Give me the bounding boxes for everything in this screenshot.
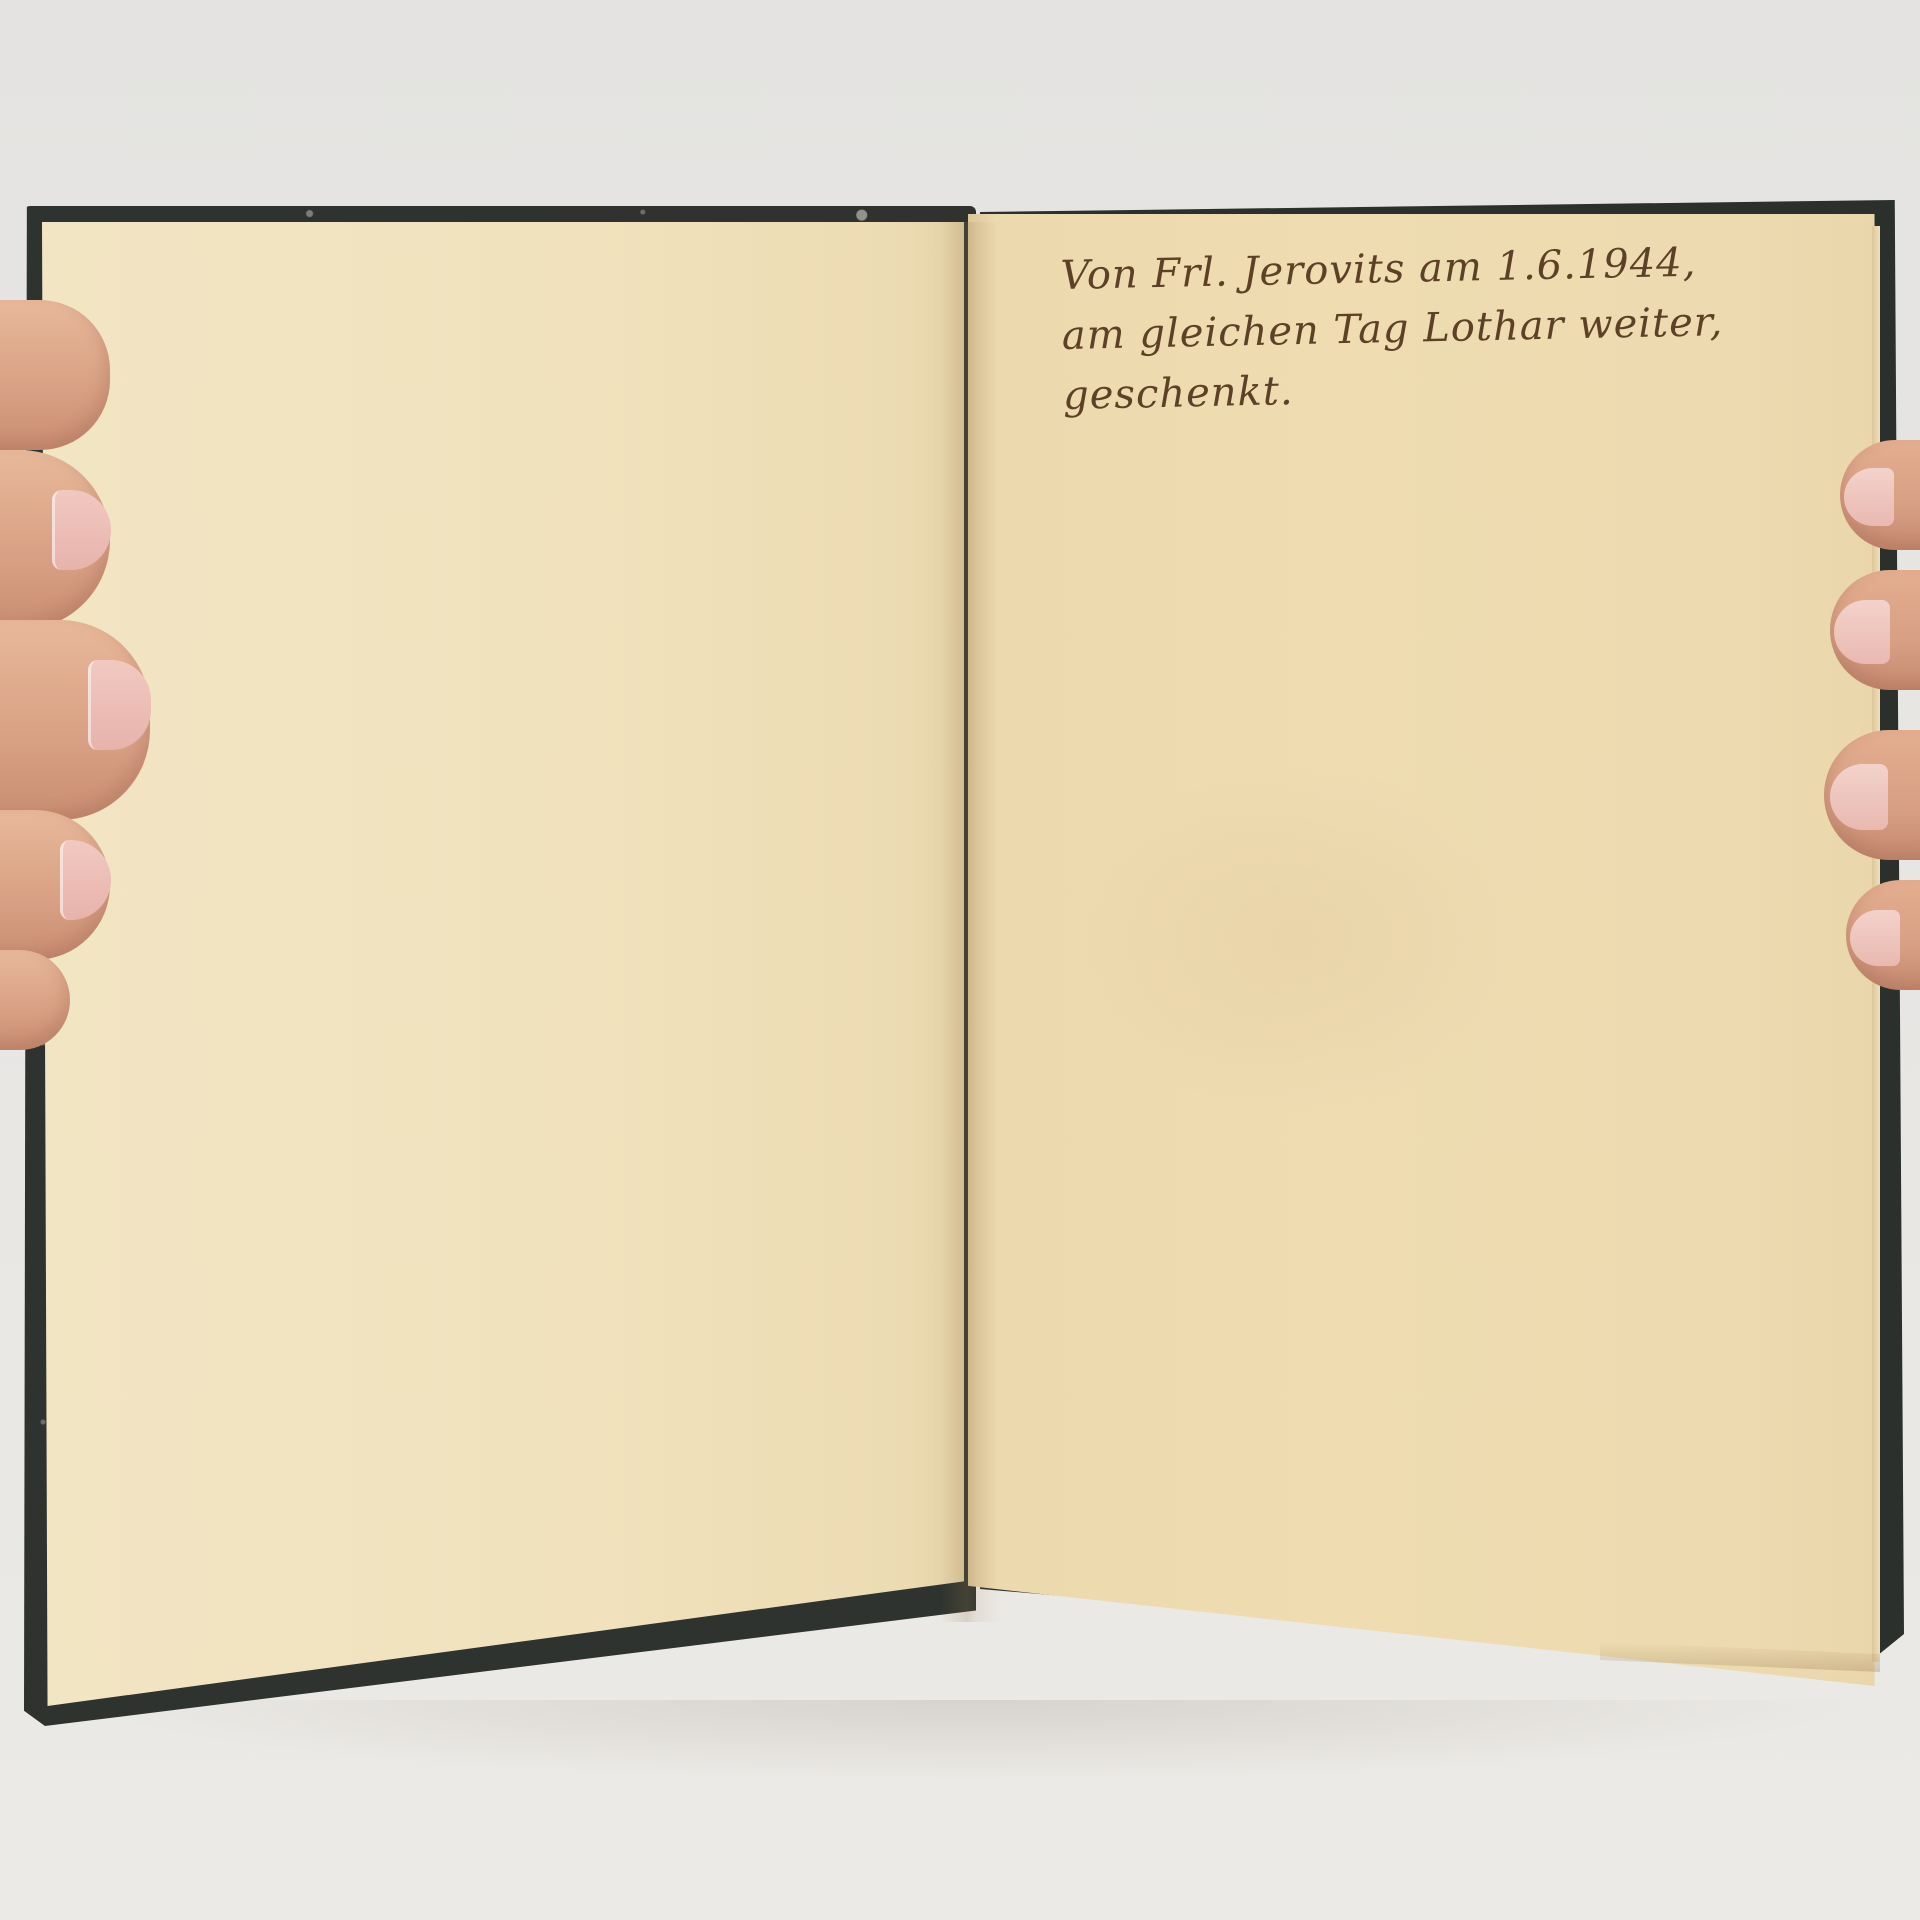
fingernail [1844, 468, 1894, 526]
left-finger-5 [0, 950, 70, 1050]
right-finger-3 [1824, 730, 1920, 860]
fingernail [1834, 600, 1890, 664]
left-finger-4 [0, 810, 110, 960]
page-discoloration [1080, 760, 1520, 1120]
left-endpaper-page [42, 222, 964, 1706]
fingernail [60, 840, 111, 920]
left-finger-1 [0, 300, 110, 450]
table-shadow [60, 1700, 1880, 1780]
handwritten-inscription: Von Frl. Jerovits am 1.6.1944, am gleich… [1060, 230, 1824, 426]
fingernail [52, 490, 111, 570]
fingernail [1830, 764, 1888, 830]
fingernail [88, 660, 151, 750]
right-finger-1 [1840, 440, 1920, 550]
left-finger-2 [0, 450, 110, 630]
book-gutter [940, 222, 1000, 1622]
left-hand [0, 300, 160, 1040]
right-finger-2 [1830, 570, 1920, 690]
fingernail [1850, 910, 1900, 966]
right-finger-4 [1846, 880, 1920, 990]
left-finger-3 [0, 620, 150, 820]
right-hand [1820, 440, 1920, 1000]
